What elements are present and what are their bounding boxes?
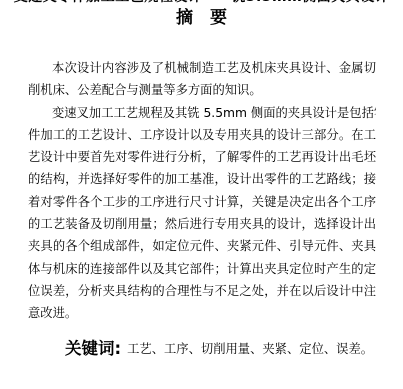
abstract-heading: 摘 要 xyxy=(0,8,403,28)
clipped-document-title-text: 变速叉零件加工工艺规程设计——铣5.5mm侧面夹具设计 xyxy=(0,0,403,5)
paragraph2-line-10: 意改进。 xyxy=(28,302,376,324)
keywords-line: 关键词:工艺、工序、切削用量、夹紧、定位、误差。 xyxy=(65,339,383,358)
paragraph1-line-1: 本次设计内容涉及了机械制造工艺及机床夹具设计、金属切 xyxy=(28,57,376,79)
paragraph2-line-9: 位误差，分析夹具结构的合理性与不足之处，并在以后设计中注 xyxy=(28,280,376,302)
paragraph1-line-2: 削机床、公差配合与测量等多方面的知识。 xyxy=(28,79,376,101)
paragraph2-line-5: 着对零件各个工步的工序进行尺寸计算，关键是决定出各个工序 xyxy=(28,191,376,213)
paragraph2-line-2: 件加工的工艺设计、工序设计以及专用夹具的设计三部分。在工 xyxy=(28,124,376,146)
clipped-document-title: 变速叉零件加工工艺规程设计——铣5.5mm侧面夹具设计 xyxy=(0,0,403,6)
paragraph2-line-6: 的工艺装备及切削用量；然后进行专用夹具的设计，选择设计出 xyxy=(28,213,376,235)
abstract-page: 变速叉零件加工工艺规程设计——铣5.5mm侧面夹具设计 摘 要 本次设计内容涉及… xyxy=(0,0,403,389)
paragraph2-line-7: 夹具的各个组成部件，如定位元件、夹紧元件、引导元件、夹具 xyxy=(28,235,376,257)
abstract-body: 本次设计内容涉及了机械制造工艺及机床夹具设计、金属切 削机床、公差配合与测量等多… xyxy=(28,57,376,325)
paragraph2-line-1: 变速叉加工工艺规程及其铣 5.5mm 侧面的夹具设计是包括零 xyxy=(28,102,376,124)
paragraph2-line-3: 艺设计中要首先对零件进行分析，了解零件的工艺再设计出毛坯 xyxy=(28,146,376,168)
paragraph2-line-8: 体与机床的连接部件以及其它部件；计算出夹具定位时产生的定 xyxy=(28,258,376,280)
keywords-label: 关键词: xyxy=(65,339,121,358)
paragraph2-line-4: 的结构，并选择好零件的加工基准，设计出零件的工艺路线；接 xyxy=(28,168,376,190)
keywords-text: 工艺、工序、切削用量、夹紧、定位、误差。 xyxy=(127,342,373,356)
